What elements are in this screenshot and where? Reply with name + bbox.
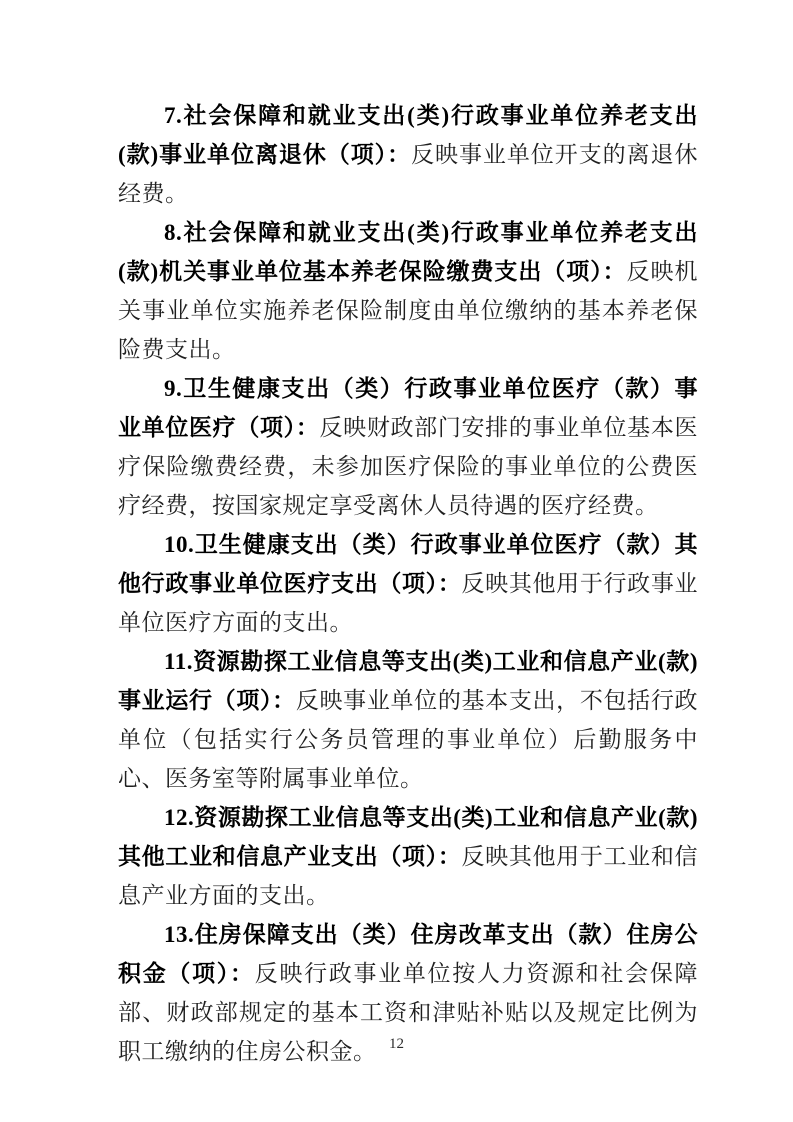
page-number: 12 — [0, 1036, 793, 1053]
paragraph-11: 11.资源勘探工业信息等支出(类)工业和信息产业(款)事业运行（项）：反映事业单… — [118, 642, 698, 798]
document-body: 7.社会保障和就业支出(类)行政事业单位养老支出(款)事业单位离退休（项）：反映… — [118, 96, 698, 1071]
paragraph-8: 8.社会保障和就业支出(类)行政事业单位养老支出(款)机关事业单位基本养老保险缴… — [118, 213, 698, 369]
paragraph-12: 12.资源勘探工业信息等支出(类)工业和信息产业(款)其他工业和信息产业支出（项… — [118, 798, 698, 915]
paragraph-7: 7.社会保障和就业支出(类)行政事业单位养老支出(款)事业单位离退休（项）：反映… — [118, 96, 698, 213]
paragraph-10: 10.卫生健康支出（类）行政事业单位医疗（款）其他行政事业单位医疗支出（项）：反… — [118, 525, 698, 642]
entry-title-8: 8.社会保障和就业支出(类)行政事业单位养老支出(款)机关事业单位基本养老保险缴… — [118, 220, 698, 284]
paragraph-9: 9.卫生健康支出（类）行政事业单位医疗（款）事业单位医疗（项）：反映财政部门安排… — [118, 369, 698, 525]
document-page: 7.社会保障和就业支出(类)行政事业单位养老支出(款)事业单位离退休（项）：反映… — [0, 0, 793, 1122]
